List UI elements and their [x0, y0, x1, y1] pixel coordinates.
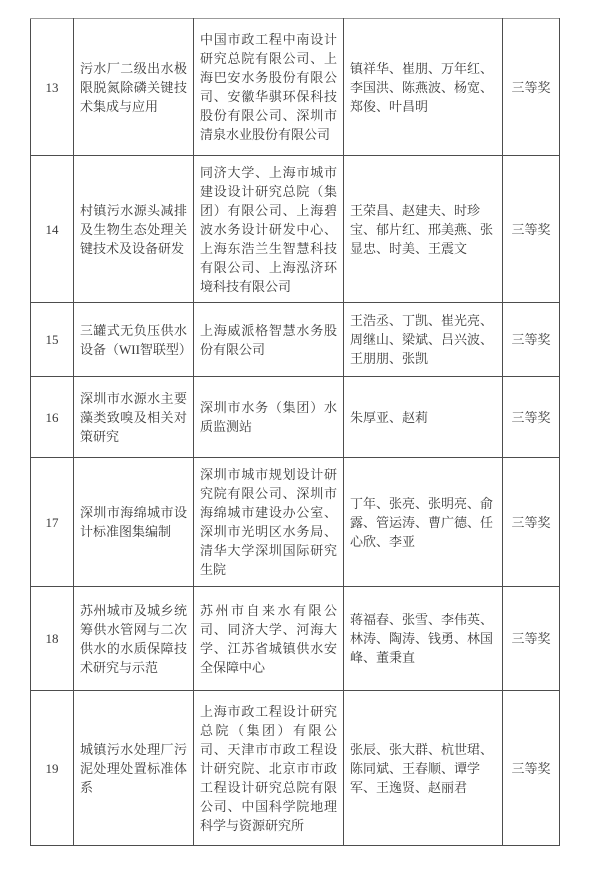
award-level-cell: 三等奖 — [503, 377, 560, 458]
row-number-cell: 15 — [31, 303, 74, 377]
participants-cell: 张辰、张大群、杭世珺、陈同斌、王春顺、谭学军、王逸贤、赵丽君 — [344, 691, 503, 846]
participants-cell: 镇祥华、崔朋、万年红、李国洪、陈燕波、杨宽、郑俊、叶昌明 — [344, 19, 503, 156]
organizations-cell: 深圳市水务（集团）水质监测站 — [194, 377, 344, 458]
row-number-cell: 16 — [31, 377, 74, 458]
award-level-cell: 三等奖 — [503, 19, 560, 156]
table-row: 15 三罐式无负压供水设备（WII智联型） 上海威派格智慧水务股份有限公司 王浩… — [31, 303, 560, 377]
table-row: 14 村镇污水源头减排及生物生态处理关键技术及设备研发 同济大学、上海市城市建设… — [31, 156, 560, 303]
awards-table: 13 污水厂二级出水极限脱氮除磷关键技术集成与应用 中国市政工程中南设计研究总院… — [30, 18, 560, 846]
table-row: 19 城镇污水处理厂污泥处理处置标准体系 上海市政工程设计研究总院（集团）有限公… — [31, 691, 560, 846]
project-name-cell: 城镇污水处理厂污泥处理处置标准体系 — [74, 691, 194, 846]
table-row: 16 深圳市水源水主要藻类致嗅及相关对策研究 深圳市水务（集团）水质监测站 朱厚… — [31, 377, 560, 458]
document-page: 13 污水厂二级出水极限脱氮除磷关键技术集成与应用 中国市政工程中南设计研究总院… — [0, 0, 600, 875]
organizations-cell: 中国市政工程中南设计研究总院有限公司、上海巴安水务股份有限公司、安徽华骐环保科技… — [194, 19, 344, 156]
row-number-cell: 13 — [31, 19, 74, 156]
award-level-cell: 三等奖 — [503, 458, 560, 587]
participants-cell: 王荣昌、赵建夫、时珍宝、郁片红、邢美燕、张显忠、时美、王震文 — [344, 156, 503, 303]
project-name-cell: 三罐式无负压供水设备（WII智联型） — [74, 303, 194, 377]
row-number-cell: 17 — [31, 458, 74, 587]
row-number-cell: 19 — [31, 691, 74, 846]
project-name-cell: 污水厂二级出水极限脱氮除磷关键技术集成与应用 — [74, 19, 194, 156]
organizations-cell: 上海市政工程设计研究总院（集团）有限公司、天津市市政工程设计研究院、北京市市政工… — [194, 691, 344, 846]
organizations-cell: 深圳市城市规划设计研究院有限公司、深圳市海绵城市建设办公室、深圳市光明区水务局、… — [194, 458, 344, 587]
participants-cell: 丁年、张亮、张明亮、俞露、管运涛、曹广德、任心欣、李亚 — [344, 458, 503, 587]
project-name-cell: 村镇污水源头减排及生物生态处理关键技术及设备研发 — [74, 156, 194, 303]
participants-cell: 王浩丞、丁凯、崔光亮、周继山、梁斌、吕兴波、王朋朋、张凯 — [344, 303, 503, 377]
table-row: 18 苏州城市及城乡统筹供水管网与二次供水的水质保障技术研究与示范 苏州市自来水… — [31, 587, 560, 691]
project-name-cell: 深圳市水源水主要藻类致嗅及相关对策研究 — [74, 377, 194, 458]
award-level-cell: 三等奖 — [503, 156, 560, 303]
organizations-cell: 同济大学、上海市城市建设设计研究总院（集团）有限公司、上海碧波水务设计研发中心、… — [194, 156, 344, 303]
award-level-cell: 三等奖 — [503, 587, 560, 691]
table-row: 13 污水厂二级出水极限脱氮除磷关键技术集成与应用 中国市政工程中南设计研究总院… — [31, 19, 560, 156]
organizations-cell: 上海威派格智慧水务股份有限公司 — [194, 303, 344, 377]
organizations-cell: 苏州市自来水有限公司、同济大学、河海大学、江苏省城镇供水安全保障中心 — [194, 587, 344, 691]
project-name-cell: 深圳市海绵城市设计标准图集编制 — [74, 458, 194, 587]
project-name-cell: 苏州城市及城乡统筹供水管网与二次供水的水质保障技术研究与示范 — [74, 587, 194, 691]
award-level-cell: 三等奖 — [503, 691, 560, 846]
row-number-cell: 18 — [31, 587, 74, 691]
table-row: 17 深圳市海绵城市设计标准图集编制 深圳市城市规划设计研究院有限公司、深圳市海… — [31, 458, 560, 587]
row-number-cell: 14 — [31, 156, 74, 303]
participants-cell: 朱厚亚、赵莉 — [344, 377, 503, 458]
award-level-cell: 三等奖 — [503, 303, 560, 377]
participants-cell: 蒋福春、张雪、李伟英、林涛、陶涛、钱勇、林国峰、董秉直 — [344, 587, 503, 691]
